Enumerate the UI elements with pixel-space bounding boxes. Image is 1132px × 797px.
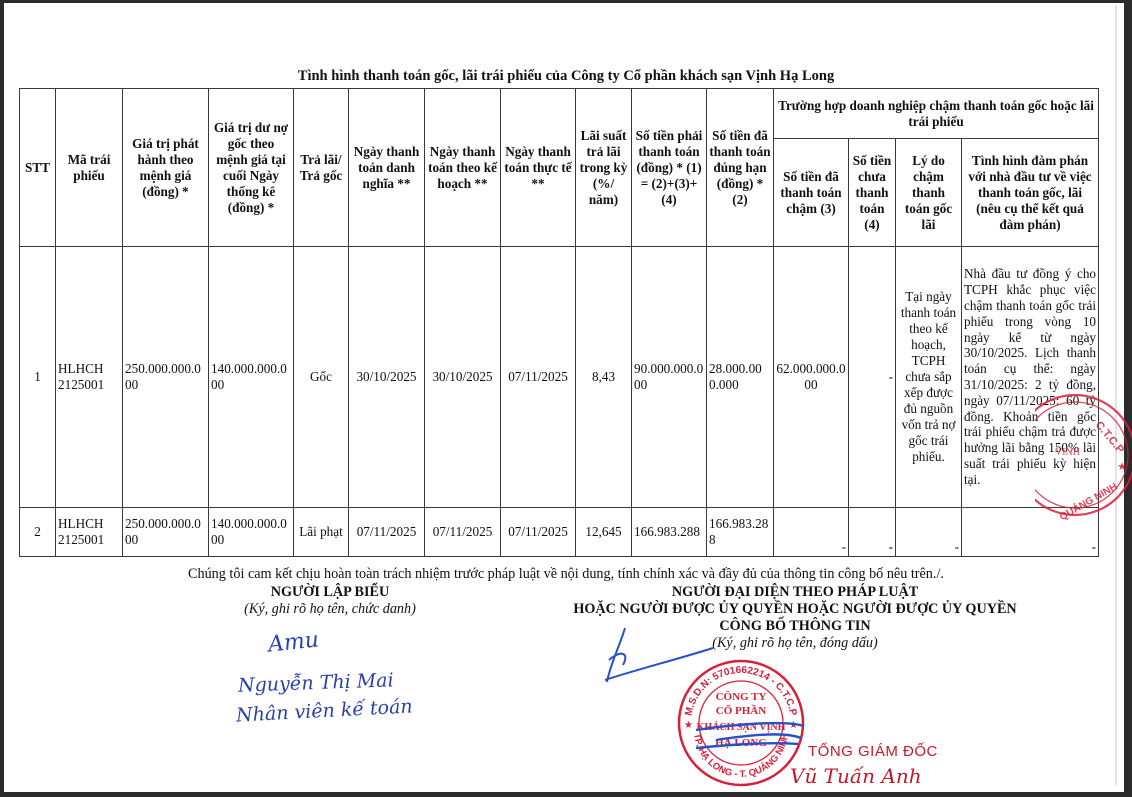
header-negotiation: Tình hình đàm phán với nhà đầu tư về việ… [962,139,1099,247]
cell-late-reason: Tại ngày thanh toán theo kế hoạch, TCPH … [896,247,962,508]
header-bond-code: Mã trái phiếu [56,89,123,247]
cell-unpaid: - [849,508,896,557]
cell-late-reason: - [896,508,962,557]
cell-nominal-date: 07/11/2025 [349,508,425,557]
header-nominal-date: Ngày thanh toán danh nghĩa ** [349,89,425,247]
representative-title-3: CÔNG BỐ THÔNG TIN [520,618,1070,635]
cell-amount-paid-on-time: 166.983.288 [707,508,774,557]
cell-rate: 12,645 [576,508,632,557]
cell-bond-code: HLHCH 2125001 [56,508,123,557]
header-late-paid: Số tiền đã thanh toán chậm (3) [774,139,849,247]
commitment-statement: Chúng tôi cam kết chịu hoàn toàn trách n… [0,566,1132,583]
header-actual-date: Ngày thanh toán thực tế ** [501,89,576,247]
header-late-group: Trường hợp doanh nghiệp chậm thanh toán … [774,89,1099,139]
header-outstanding: Giá trị dư nợ gốc theo mệnh giá tại cuối… [209,89,294,247]
header-unpaid: Số tiền chưa thanh toán (4) [849,139,896,247]
representative-title-2: HOẶC NGƯỜI ĐƯỢC ỦY QUYỀN HOẶC NGƯỜI ĐƯỢC… [520,601,1070,618]
representative-instruction: (Ký, ghi rõ họ tên, đóng dấu) [520,635,1070,652]
cell-actual-date: 07/11/2025 [501,508,576,557]
cell-stt: 2 [20,508,56,557]
stamp-line-2: CỔ PHẦN [716,704,766,717]
representative-block: NGƯỜI ĐẠI DIỆN THEO PHÁP LUẬT HOẶC NGƯỜI… [520,584,1070,652]
header-planned-date: Ngày thanh toán theo kế hoạch ** [425,89,501,247]
header-stt: STT [20,89,56,247]
cell-stt: 1 [20,247,56,508]
header-amount-paid-on-time: Số tiền đã thanh toán đúng hạn (đồng) * … [707,89,774,247]
director-title: TỔNG GIÁM ĐỐC [808,743,938,760]
cell-negotiation: Nhà đầu tư đồng ý cho TCPH khắc phục việ… [962,247,1099,508]
cell-unpaid: - [849,247,896,508]
cell-amount-paid-on-time: 28.000.000.000 [707,247,774,508]
cell-issue-value: 250.000.000.000 [123,508,209,557]
cell-late-paid: 62.000.000.000 [774,247,849,508]
bond-payment-table: STT Mã trái phiếu Giá trị phát hành theo… [19,88,1099,557]
cell-pay-type: Lãi phạt [294,508,349,557]
director-name: Vũ Tuấn Anh [790,764,922,788]
preparer-block: NGƯỜI LẬP BIỂU (Ký, ghi rõ họ tên, chức … [150,584,510,618]
preparer-signature: Amu [267,627,320,657]
svg-text:★: ★ [684,720,693,731]
cell-outstanding: 140.000.000.000 [209,247,294,508]
document-title: Tình hình thanh toán gốc, lãi trái phiếu… [0,68,1132,85]
representative-title-1: NGƯỜI ĐẠI DIỆN THEO PHÁP LUẬT [520,584,1070,601]
cell-issue-value: 250.000.000.000 [123,247,209,508]
cell-late-paid: - [774,508,849,557]
preparer-instruction: (Ký, ghi rõ họ tên, chức danh) [150,601,510,618]
page-edge [1115,5,1117,785]
cell-nominal-date: 30/10/2025 [349,247,425,508]
company-stamp: M.S.D.N: 5701662214 - C.T.C.P TP. HẠ LON… [676,658,806,788]
header-late-reason: Lý do chậm thanh toán gốc lãi [896,139,962,247]
table-row: 2 HLHCH 2125001 250.000.000.000 140.000.… [20,508,1099,557]
stamp-line-1: CÔNG TY [716,690,767,703]
cell-outstanding: 140.000.000.000 [209,508,294,557]
header-amount-due: Số tiền phải thanh toán (đồng) * (1) = (… [632,89,707,247]
cell-negotiation: - [962,508,1099,557]
preparer-title: NGƯỜI LẬP BIỂU [150,584,510,601]
cell-bond-code: HLHCH 2125001 [56,247,123,508]
cell-planned-date: 30/10/2025 [425,247,501,508]
cell-amount-due: 90.000.000.000 [632,247,707,508]
cell-rate: 8,43 [576,247,632,508]
cell-actual-date: 07/11/2025 [501,247,576,508]
cell-pay-type: Gốc [294,247,349,508]
cell-amount-due: 166.983.288 [632,508,707,557]
header-rate: Lãi suất trả lãi trong kỳ (%/ năm) [576,89,632,247]
table-row: 1 HLHCH 2125001 250.000.000.000 140.000.… [20,247,1099,508]
header-pay-type: Trả lãi/ Trả gốc [294,89,349,247]
cell-planned-date: 07/11/2025 [425,508,501,557]
header-issue-value: Giá trị phát hành theo mệnh giá (đồng) * [123,89,209,247]
